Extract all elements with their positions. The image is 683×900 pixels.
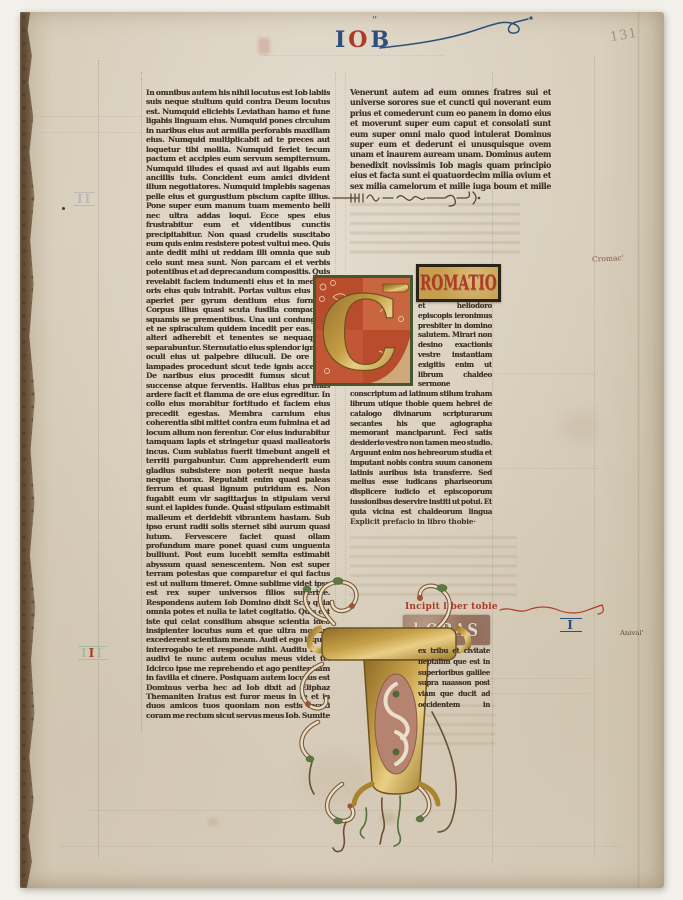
folio-number: 131 — [609, 26, 639, 46]
ruling-line — [492, 373, 597, 374]
line-filler-flourish-icon — [331, 190, 481, 206]
ruling-line — [260, 55, 445, 56]
chapter-numeral-iii: III — [78, 646, 107, 660]
job-ending-block: Venerunt autem ad eum omnes fratres sui … — [350, 88, 551, 192]
ruling-line — [42, 132, 142, 133]
ruling-line — [490, 693, 590, 694]
rubric-panel-text: ROMATIO — [420, 271, 497, 295]
manuscript-photo: I O B ʺ 131 In omnibus autem his nihil l… — [0, 0, 683, 900]
initial-cutout-spacer — [350, 301, 418, 388]
deckled-gutter-edge — [20, 12, 37, 888]
chapter-numeral-ii-faint: II — [74, 192, 95, 206]
explicit-line: Explicit prefacio in libro thobie· — [350, 517, 476, 526]
ruling-line — [594, 56, 595, 856]
stain — [208, 818, 218, 826]
pen-flourish-red-icon — [498, 603, 610, 617]
ruling-line — [490, 678, 590, 679]
ruling-line — [98, 60, 99, 858]
prologue-block: et heliodoro episcopis ieronimus presbit… — [350, 301, 492, 517]
rubric-panel-romatio: ROMATIO — [416, 264, 501, 302]
pen-flourish-blue-icon — [376, 14, 536, 52]
ruling-line — [60, 846, 620, 847]
ruling-line — [141, 72, 142, 732]
parchment-leaf: I O B ʺ 131 In omnibus autem his nihil l… — [20, 12, 664, 888]
ruling-line — [42, 116, 142, 117]
margin-note-anival: Anival' — [620, 629, 643, 637]
running-title-letter: I — [335, 28, 345, 52]
tobias-opening-block: ex tribu et civitate neptalim que est in… — [418, 646, 490, 711]
faded-red-mark — [258, 38, 270, 54]
showthrough-text — [350, 203, 520, 260]
vertical-crease — [637, 12, 640, 888]
stain — [62, 207, 65, 210]
margin-note-cromac: Cromac' — [592, 253, 624, 264]
ruling-line — [492, 468, 597, 469]
chapter-numeral-i: I — [560, 618, 582, 632]
running-title-letter: O — [348, 28, 367, 52]
